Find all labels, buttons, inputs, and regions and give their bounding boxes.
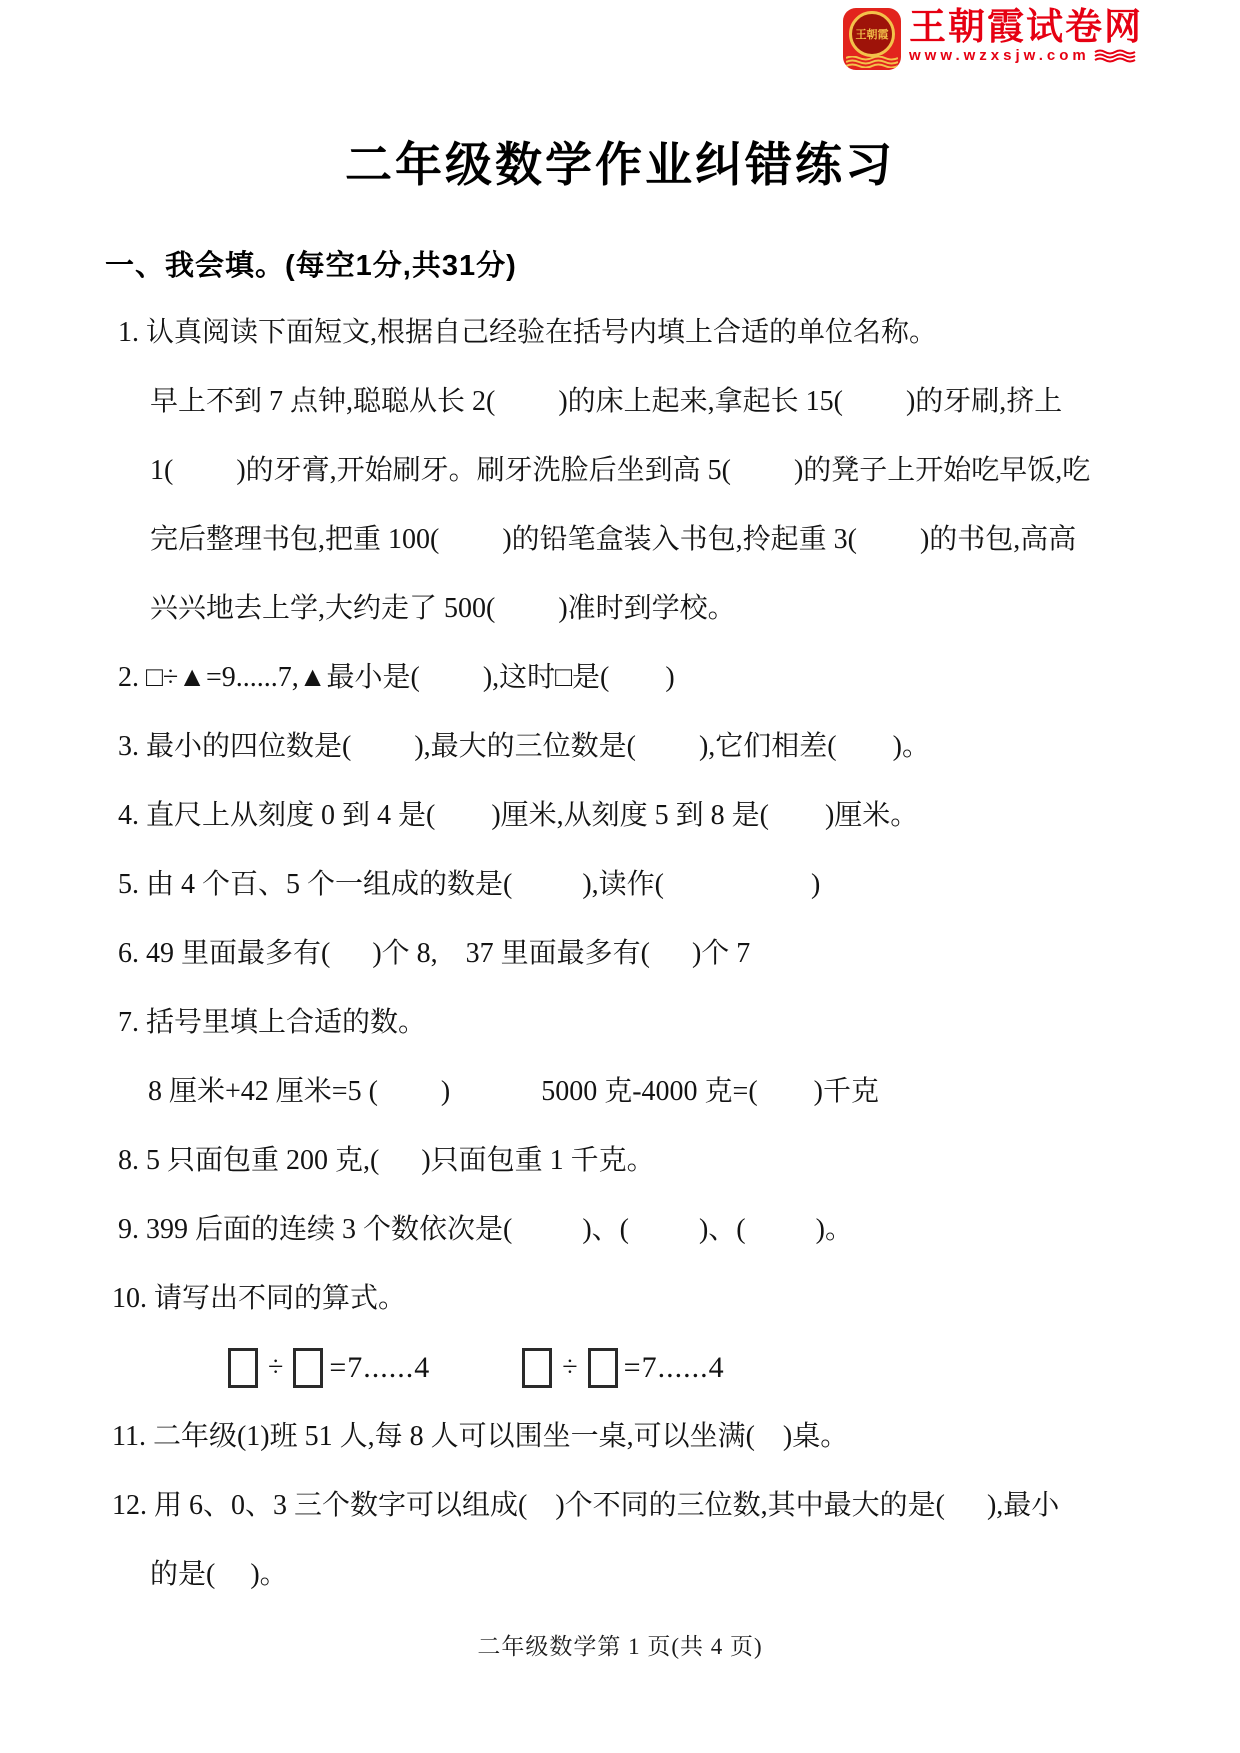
question-12-line-2: 的是( )。 [0,1540,1240,1609]
question-1-line-2: 早上不到 7 点钟,聪聪从长 2( )的床上起来,拿起长 15( )的牙刷,挤上 [0,367,1240,436]
site-name: 王朝霞试卷网 [909,8,1143,46]
question-1: 1. 认真阅读下面短文,根据自己经验在括号内填上合适的单位名称。 [0,298,1240,367]
red-wave-lines-icon [1094,49,1136,63]
divide-sign: ÷ [562,1333,577,1402]
question-1-line-5: 兴兴地去上学,大约走了 500( )准时到学校。 [0,574,1240,643]
question-8: 8. 5 只面包重 200 克,( )只面包重 1 千克。 [0,1126,1240,1195]
equation-result: =7......4 [624,1333,725,1402]
question-9: 9. 399 后面的连续 3 个数依次是( )、( )、( )。 [0,1195,1240,1264]
brand-app-icon: 王朝霞 [843,8,901,70]
brand-emblem: 王朝霞 [849,11,895,57]
question-7-line-2: 8 厘米+42 厘米=5 ( ) 5000 克-4000 克=( )千克 [0,1057,1240,1126]
brand-emblem-label: 王朝霞 [856,26,889,42]
blank-box [228,1348,258,1388]
question-3: 3. 最小的四位数是( ),最大的三位数是( ),它们相差( )。 [0,712,1240,781]
equation-result: =7......4 [329,1333,430,1402]
question-12: 12. 用 6、0、3 三个数字可以组成( )个不同的三位数,其中最大的是( )… [0,1471,1240,1540]
site-logo[interactable]: 王朝霞 王朝霞试卷网 www.wzxsjw.com [843,8,1143,70]
gold-wave-lines-icon [846,56,898,68]
logo-text-block: 王朝霞试卷网 www.wzxsjw.com [909,8,1143,64]
question-list: 1. 认真阅读下面短文,根据自己经验在括号内填上合适的单位名称。 早上不到 7 … [0,298,1240,1609]
section-heading: 一、我会填。(每空1分,共31分) [105,243,517,284]
page-title: 二年级数学作业纠错练习 [0,128,1240,195]
site-url: www.wzxsjw.com [909,47,1090,64]
blank-box [588,1348,618,1388]
page-footer: 二年级数学第 1 页(共 4 页) [0,1628,1240,1661]
question-11: 11. 二年级(1)班 51 人,每 8 人可以围坐一桌,可以坐满( )桌。 [0,1402,1240,1471]
question-7: 7. 括号里填上合适的数。 [0,988,1240,1057]
question-1-line-4: 完后整理书包,把重 100( )的铅笔盒装入书包,拎起重 3( )的书包,高高 [0,505,1240,574]
blank-box [293,1348,323,1388]
blank-box [522,1348,552,1388]
question-1-line-3: 1( )的牙膏,开始刷牙。刷牙洗脸后坐到高 5( )的凳子上开始吃早饭,吃 [0,436,1240,505]
question-4: 4. 直尺上从刻度 0 到 4 是( )厘米,从刻度 5 到 8 是( )厘米。 [0,781,1240,850]
question-10-equations: ÷ =7......4 ÷ =7......4 [0,1333,1240,1402]
question-6: 6. 49 里面最多有( )个 8, 37 里面最多有( )个 7 [0,919,1240,988]
question-10: 10. 请写出不同的算式。 [0,1264,1240,1333]
question-2: 2. □÷▲=9......7,▲最小是( ),这时□是( ) [0,643,1240,712]
worksheet-page: 王朝霞 王朝霞试卷网 www.wzxsjw.com 二年级数学作业纠错练习 一、… [0,0,1240,1753]
question-5: 5. 由 4 个百、5 个一组成的数是( ),读作( ) [0,850,1240,919]
divide-sign: ÷ [268,1333,283,1402]
